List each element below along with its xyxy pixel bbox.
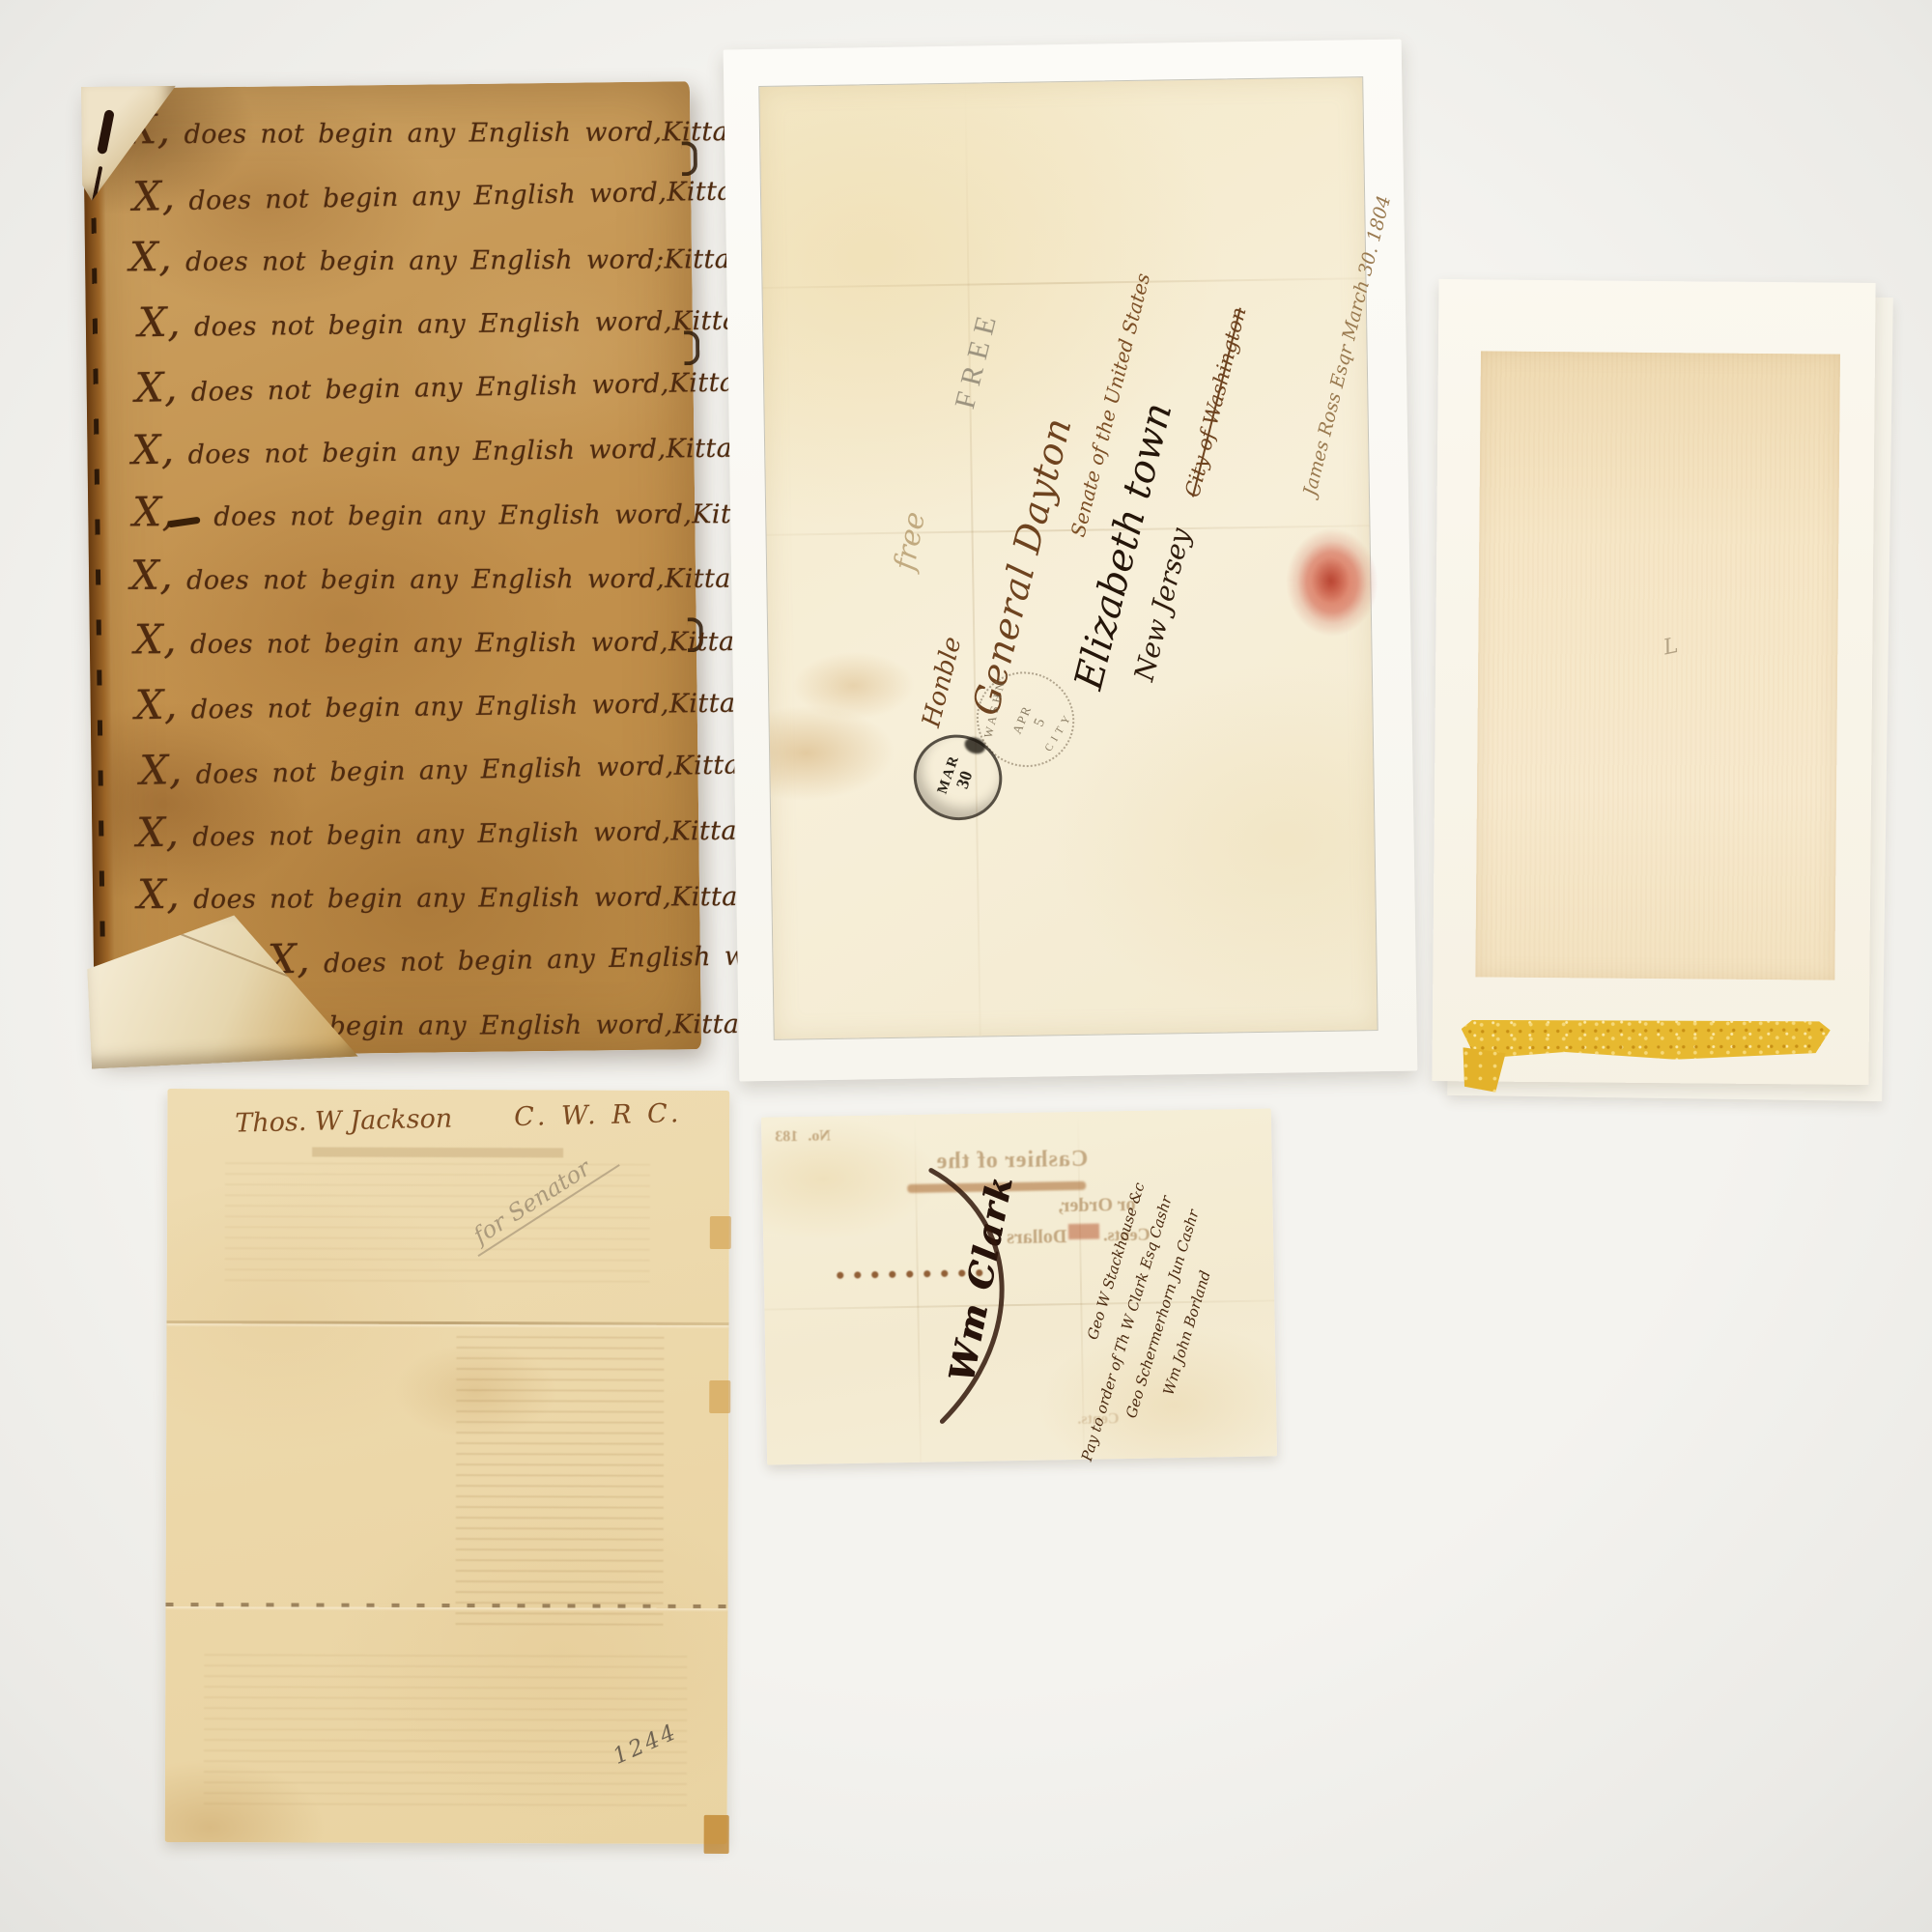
- copybook-line: X, does not begin any English word; Kitt…: [129, 234, 668, 277]
- copybook-line-text: does not begin any English word,: [184, 117, 662, 150]
- free-frank-stamp: FREE: [949, 305, 1006, 412]
- gold-paint-strip: [1462, 1018, 1831, 1061]
- copybook-line: X, does not begin any English word, Kitt…: [132, 167, 672, 217]
- wax-seal: [1286, 527, 1379, 637]
- copybook-line-text: does not begin any English word,: [188, 178, 667, 216]
- copybook-line-initial: X,: [130, 555, 173, 596]
- postmark-day: 30: [953, 769, 978, 791]
- copybook-line-initial: X,: [136, 812, 180, 854]
- copybook-line: X, does not begin any English word, Kitt…: [134, 358, 674, 409]
- copybook-line-text: does not begin any English word,: [190, 627, 668, 660]
- copybook-line-text: does not begin any English word;: [185, 244, 665, 277]
- copybook-line: X, does not begin any English word, Kitt…: [139, 741, 679, 791]
- showthrough-print: [455, 1336, 664, 1627]
- copybook-line-text: does not begin any English word,: [192, 816, 670, 852]
- free-script-note: free: [888, 509, 932, 574]
- copybook-line-text: does not begin any English word,: [191, 690, 669, 725]
- copybook-line-initial: X,: [134, 367, 178, 409]
- postmark-month: APR: [1009, 702, 1036, 736]
- copybook-line: X, does not begin any English word, Kitt…: [136, 806, 675, 853]
- copybook-line-text: does not begin any English word,: [195, 752, 673, 790]
- showthrough-heading: [312, 1148, 563, 1158]
- copybook-line-initial: X,: [134, 619, 177, 660]
- copybook-line-text: does not begin any English word,: [186, 564, 665, 596]
- copybook-line-initial: X,: [137, 874, 180, 915]
- copybook-line: X, does not begin any English word, Kitt…: [138, 296, 677, 343]
- copybook-line: X, does not begin any English word, Kitt…: [130, 554, 669, 596]
- copybook-line-initial: X,: [131, 430, 175, 471]
- copybook-line: X, does not begin any English word, Kitt…: [137, 871, 676, 915]
- photo-backdrop: X, does not begin any English word, Kitt…: [0, 0, 1932, 1932]
- ink-blot-mark: [97, 109, 115, 155]
- copybook-line-initial: X,: [129, 237, 172, 277]
- ink-flourish: [907, 1151, 1047, 1443]
- fold-crease: [167, 1321, 729, 1325]
- copybook-line: X, does not begin any English word, Kitt…: [128, 106, 667, 150]
- copybook-page: X, does not begin any English word, Kitt…: [83, 81, 701, 1057]
- copybook-line-text: does not begin any English word,: [187, 435, 666, 470]
- docket-note: James Ross Esqr March 30. 1804: [1299, 259, 1378, 498]
- copybook-line-initial: X,: [134, 685, 178, 726]
- showthrough-no: No.: [808, 1127, 831, 1145]
- blank-card: L: [1432, 279, 1875, 1085]
- copybook-line-initial: X,: [138, 302, 182, 344]
- ink-inscription-row: Thos. W Jackson C. W. R C.: [235, 1098, 711, 1139]
- free-frank-letter: FREE free Honble General Dayton Senate o…: [724, 40, 1418, 1082]
- folded-printed-document: Thos. W Jackson C. W. R C. for Senator 1…: [165, 1089, 730, 1844]
- copybook-line: X, does not begin any English word, Kitt…: [131, 423, 670, 470]
- check-verso: 183 No. Cashier of the or Order, Dollars…: [761, 1108, 1277, 1464]
- ink-smudge: [1068, 1224, 1099, 1240]
- tape-remnant: [709, 1380, 730, 1413]
- copybook-line-text: does not begin any English word,: [193, 882, 671, 915]
- copybook-lines: X, does not begin any English word, Kitt…: [128, 104, 678, 1044]
- copybook-line-text: does not begin any English word,: [194, 306, 672, 342]
- copybook-line-initial: X,: [132, 492, 200, 532]
- tape-remnant: [710, 1216, 731, 1249]
- showthrough-year: 183: [775, 1128, 798, 1146]
- showthrough-print: [204, 1654, 688, 1810]
- copybook-line: X, does not begin any English word, Kitt…: [134, 678, 673, 725]
- copybook-spine: [83, 89, 116, 1057]
- tape-remnant: [704, 1815, 729, 1854]
- fold-crease: [165, 1603, 727, 1608]
- copybook-line: X, does not begin any English word, Kitt…: [132, 489, 671, 532]
- ink-inscription-name: Thos. W Jackson: [235, 1104, 453, 1139]
- copybook-line-text: does not begin any English word,: [191, 369, 669, 408]
- copybook-line: X, does not begin any English word, Kitt…: [134, 616, 673, 660]
- copybook-line-text: does not begin any English word,: [213, 499, 692, 532]
- endorsement-block: Geo W Stackhouse &cPay to order of Th W …: [1042, 1084, 1269, 1488]
- postmark-day: 5: [1032, 717, 1050, 730]
- letter-sheet: FREE free Honble General Dayton Senate o…: [758, 76, 1378, 1040]
- ink-inscription-initials: C. W. R C.: [514, 1098, 683, 1132]
- copybook-line-initial: X,: [139, 750, 183, 791]
- copybook-line-initial: X,: [132, 176, 176, 217]
- copybook-line-text: does not begin any English word,: [324, 940, 802, 979]
- card-toned-panel: [1475, 351, 1840, 980]
